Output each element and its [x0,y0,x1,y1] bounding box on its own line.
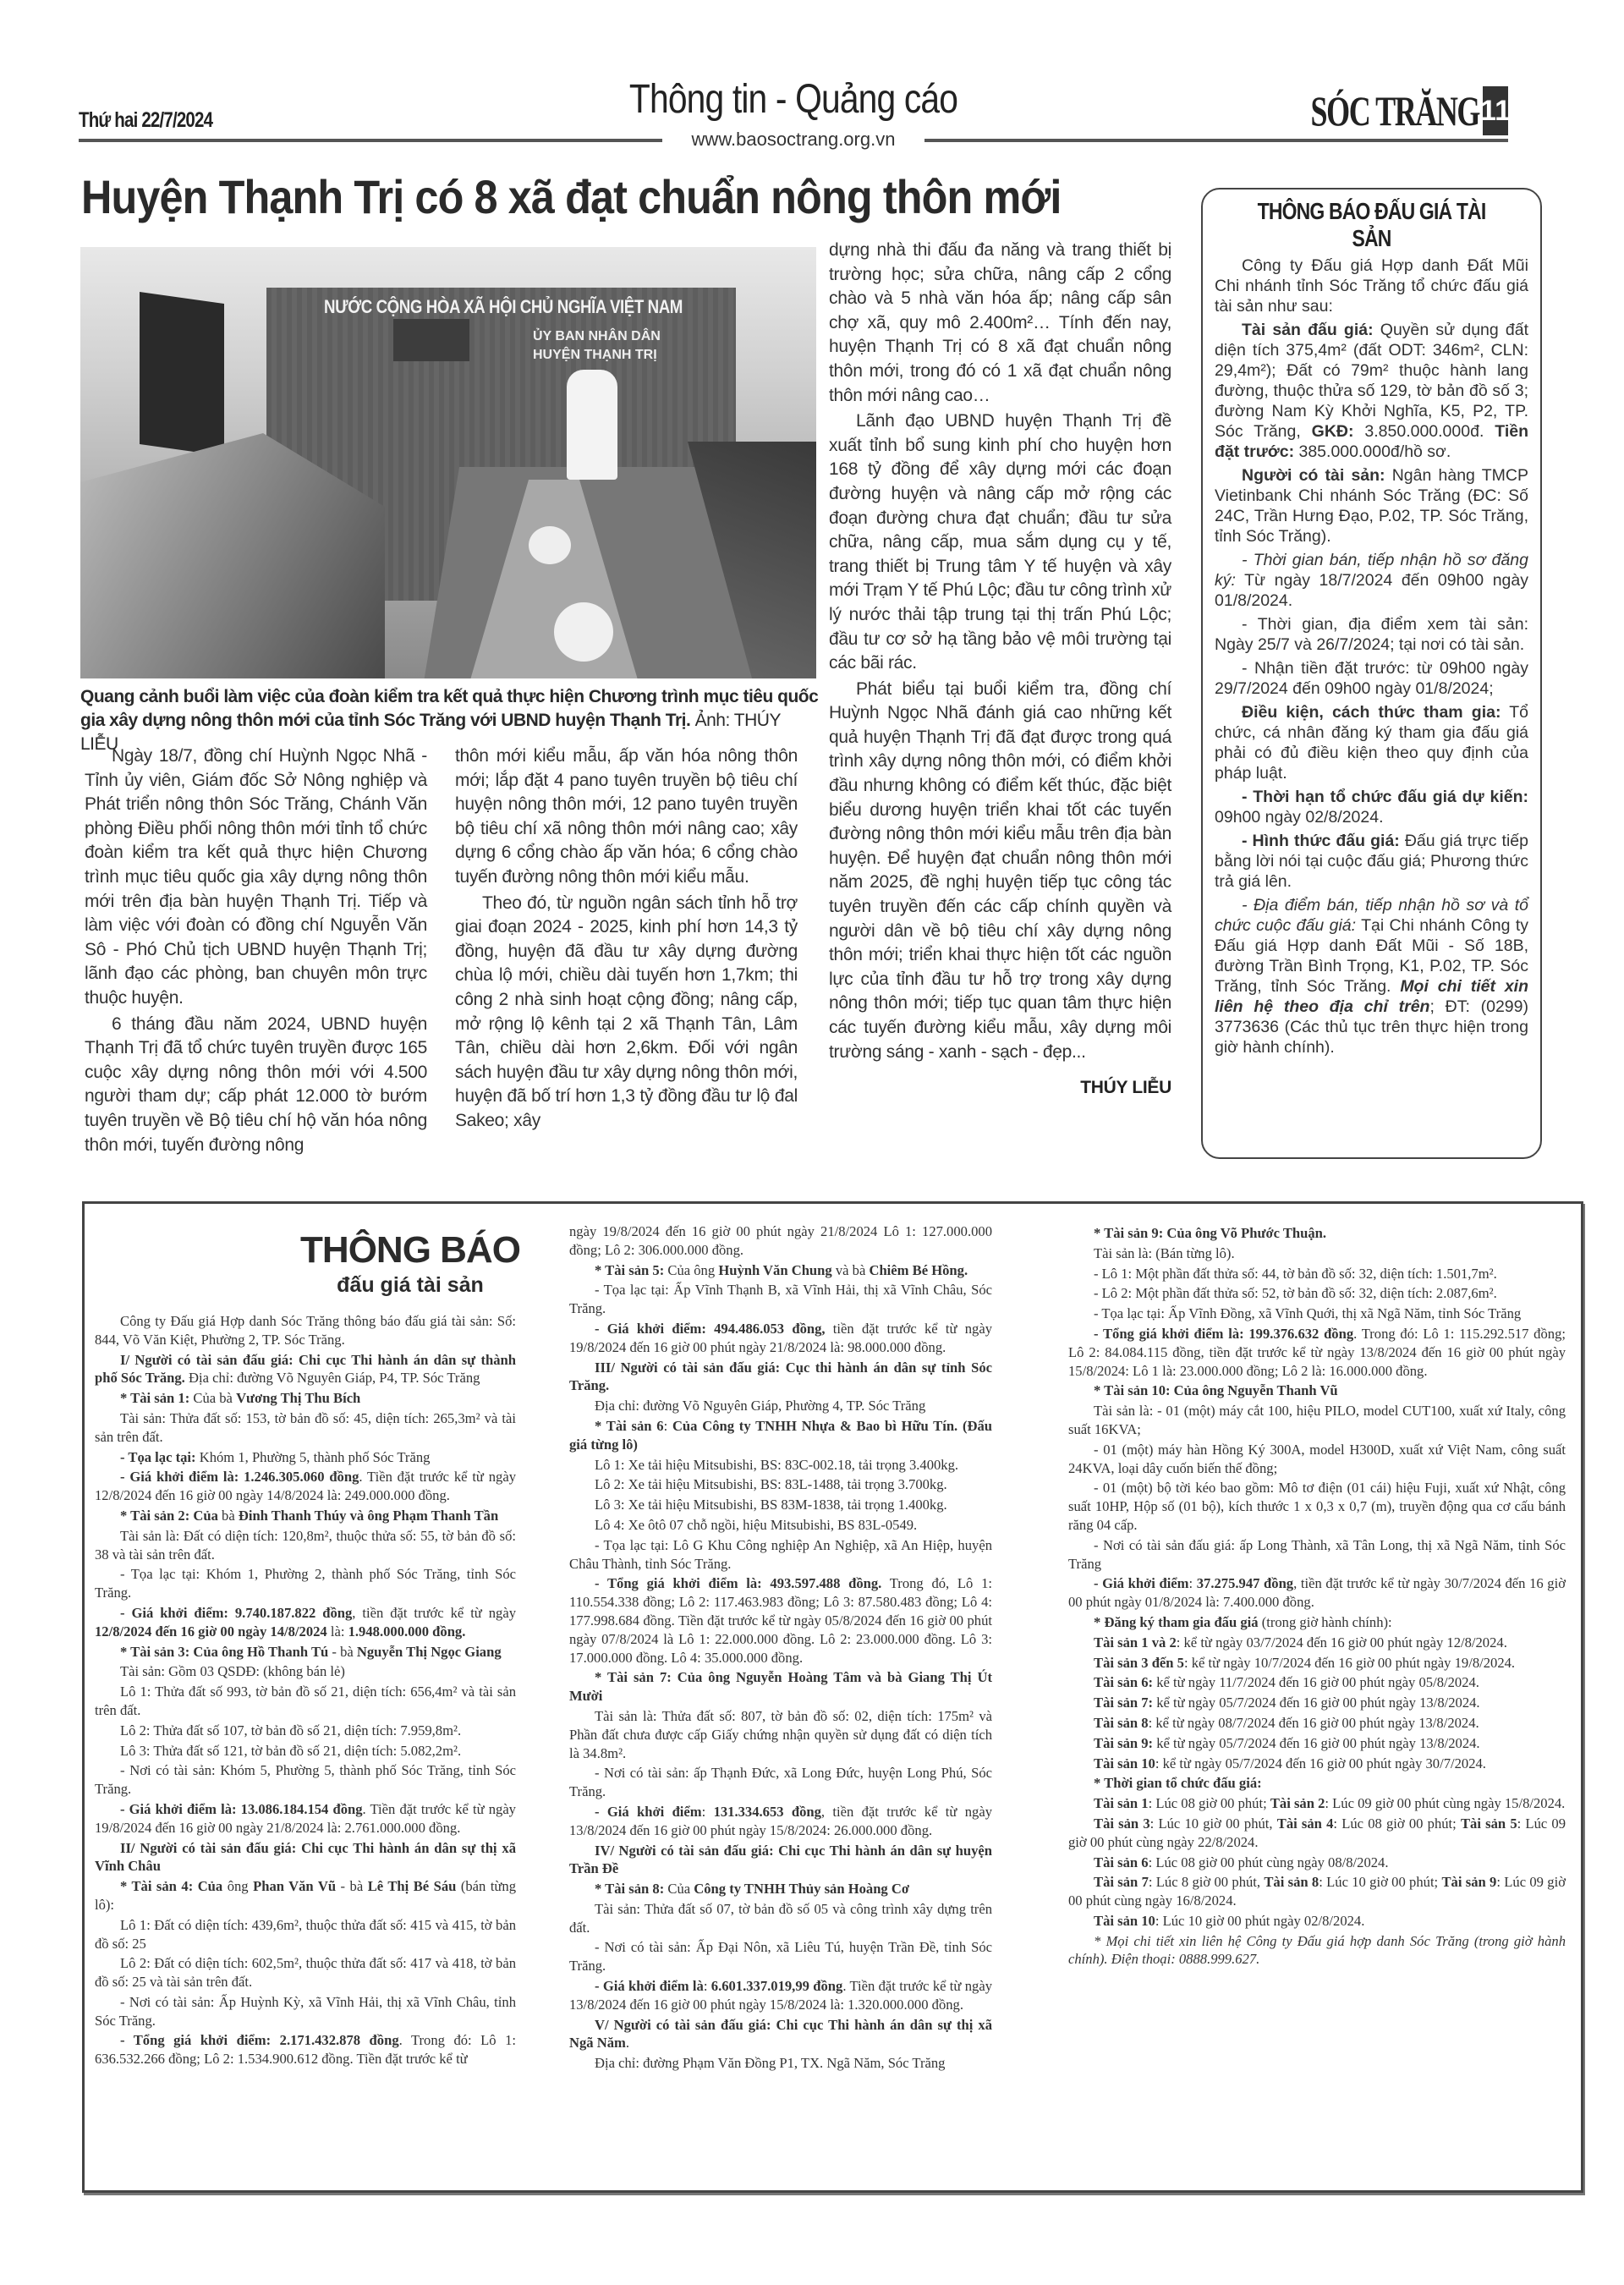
notice-paragraph: - 01 (một) máy hàn Hồng Ký 300A, model H… [1068,1441,1566,1478]
notice-paragraph: IV/ Người có tài sản đấu giá: Chi cục Th… [569,1842,992,1879]
article-paragraph: Lãnh đạo UBND huyện Thạnh Trị đề xuất tỉ… [829,409,1171,676]
wall-banner: NƯỚC CỘNG HÒA XÃ HỘI CHỦ NGHĨA VIỆT NAM [313,296,694,318]
notice-paragraph: Lô 3: Xe tải hiệu Mitsubishi, BS 83M-183… [569,1496,992,1514]
notice-sale-time: - Thời gian bán, tiếp nhận hồ sơ đăng ký… [1215,550,1528,611]
notice-paragraph: - Lô 2: Một phần đất thửa số: 52, tờ bản… [1068,1284,1566,1303]
notice-paragraph: - Nơi có tài sản: Ấp Huỳnh Kỳ, xã Vĩnh H… [95,1993,516,2030]
notice-paragraph: Tài sản: Thửa đất số: 153, tờ bản đồ số:… [95,1409,516,1447]
auction-notice-box: THÔNG BÁO ĐẤU GIÁ TÀI SẢN Công ty Đấu gi… [1201,188,1542,1159]
notice-paragraph: Tài sản 6: Lúc 08 giờ 00 phút cùng ngày … [1068,1854,1566,1872]
notice-paragraph: Lô 2: Đất có diện tích: 602,5m², thuộc t… [95,1954,516,1991]
notice-paragraph: Tài sản là: (Bán từng lô). [1068,1244,1566,1263]
notice-paragraph: Tài sản 1: Lúc 08 giờ 00 phút; Tài sản 2… [1068,1794,1566,1813]
article-paragraph: Phát biểu tại buổi kiểm tra, đồng chí Hu… [829,678,1171,1065]
article-paragraph: dựng nhà thi đấu đa năng và trang thiết … [829,239,1171,408]
notice-paragraph: - Tọa lạc tại: Khóm 1, Phường 2, thành p… [95,1565,516,1602]
notice-paragraph: - Giá khởi điểm là: 1.246.305.060 đồng. … [95,1468,516,1505]
flower-vase [554,602,613,662]
notice-paragraph: III/ Người có tài sản đấu giá: Cục thi h… [569,1359,992,1396]
notice-conditions: Điều kiện, cách thức tham gia: Tổ chức, … [1215,702,1528,783]
notice-paragraph: - Lô 1: Một phần đất thửa số: 44, tờ bản… [1068,1265,1566,1283]
notice-paragraph: Tài sản là: - 01 (một) máy cắt 100, hiệu… [1068,1402,1566,1439]
notice-paragraph: - Nơi có tài sản đấu giá: ấp Long Thành,… [1068,1536,1566,1574]
notice-deposit-time: - Nhận tiền đặt trước: từ 09h00 ngày 29/… [1215,658,1528,699]
notice-paragraph: - Giá khởi điểm: 494.486.053 đồng, tiền … [569,1320,992,1357]
notice-paragraph: - Tọa lạc tại: Ấp Vĩnh Đồng, xã Vĩnh Quớ… [1068,1305,1566,1323]
notice-column-3: * Tài sản 9: Của ông Võ Phước Thuận.Tài … [1068,1224,1566,1970]
notice-column-2: ngày 19/8/2024 đến 16 giờ 00 phút ngày 2… [569,1222,992,2074]
notice-paragraph: Lô 4: Xe ôtô 07 chỗ ngồi, hiệu Mitsubish… [569,1516,992,1535]
flower-vase [529,526,571,564]
article-column-1: Ngày 18/7, đồng chí Huỳnh Ngọc Nhã - Tỉn… [85,744,427,1159]
notice-paragraph: - Giá khởi điểm: 37.275.947 đồng, tiền đ… [1068,1574,1566,1612]
notice-paragraph: - Giá khởi điểm: 9.740.187.822 đồng, tiề… [95,1604,516,1641]
notice-paragraph: Tài sản là: Đất có diện tích: 120,8m², t… [95,1527,516,1564]
office-sign: ỦY BAN NHÂN DÂN HUYỆN THẠNH TRỊ [533,327,661,365]
brand-name: SÓC TRĂNG [1311,86,1479,135]
notice-paragraph: - Giá khởi điểm là: 6.601.337.019,99 đồn… [569,1977,992,2014]
notice-paragraph: Tài sản 3 đến 5: kể từ ngày 10/7/2024 đế… [1068,1654,1566,1673]
notice-paragraph: Tài sản 9: kể từ ngày 05/7/2024 đến 16 g… [1068,1734,1566,1753]
notice-paragraph: Lô 1: Đất có diện tích: 439,6m², thuộc t… [95,1916,516,1953]
notice-paragraph: V/ Người có tài sản đấu giá: Chi cục Thi… [569,2016,992,2053]
flag-icon [393,319,469,361]
website-url-text[interactable]: www.baosoctrang.org.vn [682,129,906,150]
article-photo: NƯỚC CỘNG HÒA XÃ HỘI CHỦ NGHĨA VIỆT NAM … [80,247,816,678]
notice-location: - Địa điểm bán, tiếp nhận hồ sơ và tổ ch… [1215,895,1528,1057]
notice-paragraph: Lô 1: Xe tải hiệu Mitsubishi, BS: 83C-00… [569,1456,992,1475]
tv-screen [140,292,224,456]
notice-paragraph: I/ Người có tài sản đấu giá: Chi cục Thi… [95,1351,516,1388]
notice-paragraph: Tài sản là: Thửa đất số: 807, tờ bản đồ … [569,1707,992,1762]
notice-paragraph: * Mọi chi tiết xin liên hệ Công ty Đấu g… [1068,1932,1566,1969]
notice-paragraph: - 01 (một) bộ tời kéo bao gồm: Mô tơ điệ… [1068,1479,1566,1534]
notice-paragraph: * Đăng ký tham gia đấu giá (trong giờ hà… [1068,1613,1566,1632]
notice-paragraph: - Giá khởi điểm là: 13.086.184.154 đồng.… [95,1800,516,1837]
auction-notice-bottom: THÔNG BÁO đấu giá tài sản Công ty Đấu gi… [82,1201,1583,2193]
notice-paragraph: - Tọa lạc tại: Lô G Khu Công nghiệp An N… [569,1536,992,1574]
notice-body: Công ty Đấu giá Hợp danh Đất Mũi Chi nhá… [1215,255,1528,1057]
notice-paragraph: * Tài sản 2: Của bà Đinh Thanh Thúy và ô… [95,1507,516,1525]
notice-paragraph: * Thời gian tổ chức đấu giá: [1068,1774,1566,1793]
notice-paragraph: II/ Người có tài sản đấu giá: Chi cục Th… [95,1839,516,1876]
notice-paragraph: * Tài sản 8: Của Công ty TNHH Thủy sản H… [569,1880,992,1898]
page-number: 11 [1483,86,1508,135]
notice-owner: Người có tài sản: Ngân hàng TMCP Vietinb… [1215,465,1528,547]
article-paragraph: thôn mới kiểu mẫu, ấp văn hóa nông thôn … [455,744,798,890]
notice-paragraph: * Tài sản 5: Của ông Huỳnh Văn Chung và … [569,1261,992,1280]
notice-paragraph: Địa chỉ: đường Võ Nguyên Giáp, Phường 4,… [569,1397,992,1415]
notice-paragraph: - Tọa lạc tại: Ấp Vĩnh Thạnh B, xã Vĩnh … [569,1281,992,1318]
article-paragraph: Ngày 18/7, đồng chí Huỳnh Ngọc Nhã - Tỉn… [85,744,427,1011]
notice-subtitle: đấu giá tài sản [224,1273,596,1298]
notice-paragraph: Địa chỉ: đường Phạm Văn Đồng P1, TX. Ngã… [569,2054,992,2073]
notice-paragraph: Công ty Đấu giá Hợp danh Sóc Trăng thông… [95,1312,516,1349]
notice-paragraph: * Tài sản 10: Của ông Nguyễn Thanh Vũ [1068,1381,1566,1400]
notice-paragraph: Tài sản 10: kể từ ngày 05/7/2024 đến 16 … [1068,1755,1566,1773]
article-paragraph: Theo đó, từ nguồn ngân sách tỉnh hỗ trợ … [455,892,798,1134]
notice-paragraph: Lô 1: Thửa đất số 993, tờ bản đồ số 21, … [95,1683,516,1720]
notice-paragraph: Tài sản 1 và 2: kể từ ngày 03/7/2024 đến… [1068,1634,1566,1652]
notice-paragraph: - Nơi có tài sản: ấp Thạnh Đức, xã Long … [569,1764,992,1801]
notice-paragraph: - Tổng giá khởi điểm là: 199.376.632 đồn… [1068,1325,1566,1380]
notice-title: THÔNG BÁO ĐẤU GIÁ TÀI SẢN [1243,198,1500,252]
author-byline: THÚY LIỄU [829,1076,1171,1101]
notice-paragraph: ngày 19/8/2024 đến 16 giờ 00 phút ngày 2… [569,1222,992,1260]
notice-paragraph: Tài sản 7: Lúc 8 giờ 00 phút, Tài sản 8:… [1068,1873,1566,1910]
notice-paragraph: Tài sản 3: Lúc 10 giờ 00 phút, Tài sản 4… [1068,1815,1566,1852]
article-column-2: thôn mới kiểu mẫu, ấp văn hóa nông thôn … [455,744,798,1135]
article-column-3: dựng nhà thi đấu đa năng và trang thiết … [829,239,1171,1101]
notice-paragraph: * Tài sản 7: Của ông Nguyễn Hoàng Tâm và… [569,1668,992,1706]
notice-paragraph: - Tổng giá khởi điểm là: 493.597.488 đồn… [569,1574,992,1667]
notice-paragraph: Lô 2: Thửa đất số 107, tờ bản đồ số 21, … [95,1722,516,1740]
notice-paragraph: - Nơi có tài sản: Khóm 5, Phường 5, thàn… [95,1761,516,1799]
notice-paragraph: Tài sản: Gồm 03 QSDĐ: (không bán lẻ) [95,1662,516,1681]
notice-paragraph: - Nơi có tài sản: Ấp Đại Nôn, xã Liêu Tú… [569,1938,992,1975]
article-headline: Huyện Thạnh Trị có 8 xã đạt chuẩn nông t… [81,169,1061,224]
notice-paragraph: * Tài sản 1: Của bà Vương Thị Thu Bích [95,1389,516,1408]
notice-paragraph: Lô 2: Xe tải hiệu Mitsubishi, BS: 83L-14… [569,1475,992,1494]
notice-paragraph: Tài sản 7: kể từ ngày 05/7/2024 đến 16 g… [1068,1694,1566,1712]
masthead: Thứ hai 22/7/2024 Thông tin - Quảng cáo … [79,68,1508,144]
notice-paragraph: * Tài sản 6: Của Công ty TNHH Nhựa & Bao… [569,1417,992,1454]
notice-header: THÔNG BÁO đấu giá tài sản [224,1229,596,1298]
notice-paragraph: * Tài sản 3: Của ông Hồ Thanh Tú - bà Ng… [95,1643,516,1662]
notice-form: - Hình thức đấu giá: Đấu giá trực tiếp b… [1215,831,1528,892]
notice-asset: Tài sản đấu giá: Quyền sử dụng đất diện … [1215,320,1528,462]
person-standing [567,370,617,480]
notice-title: THÔNG BÁO [224,1229,596,1272]
newspaper-brand: SÓC TRĂNG 11 [1245,86,1508,135]
notice-column-1: Công ty Đấu giá Hợp danh Sóc Trăng thông… [95,1312,516,2070]
notice-paragraph: - Tọa lạc tại: Khóm 1, Phường 5, thành p… [95,1448,516,1467]
notice-paragraph: - Tổng giá khởi điểm: 2.171.432.878 đồng… [95,2031,516,2068]
notice-paragraph: * Tài sản 4: Của ông Phan Văn Vũ - bà Lê… [95,1877,516,1914]
notice-deadline: - Thời hạn tổ chức đấu giá dự kiến: 09h0… [1215,787,1528,827]
notice-intro: Công ty Đấu giá Hợp danh Đất Mũi Chi nhá… [1215,255,1528,316]
section-title: Thông tin - Quảng cáo [186,76,1402,123]
notice-paragraph: Lô 3: Thửa đất số 121, tờ bản đồ số 21, … [95,1742,516,1760]
notice-paragraph: Tài sản: Thửa đất số 07, tờ bản đồ số 05… [569,1900,992,1937]
notice-paragraph: Tài sản 8: kể từ ngày 08/7/2024 đến 16 g… [1068,1714,1566,1733]
notice-paragraph: * Tài sản 9: Của ông Võ Phước Thuận. [1068,1224,1566,1243]
notice-paragraph: Tài sản 10: Lúc 10 giờ 00 phút ngày 02/8… [1068,1912,1566,1931]
notice-view-time: - Thời gian, địa điểm xem tài sản: Ngày … [1215,614,1528,655]
notice-paragraph: Tài sản 6: kể từ ngày 11/7/2024 đến 16 g… [1068,1673,1566,1692]
notice-paragraph: - Giá khởi điểm: 131.334.653 đồng, tiền … [569,1803,992,1840]
article-paragraph: 6 tháng đầu năm 2024, UBND huyện Thạnh T… [85,1013,427,1158]
